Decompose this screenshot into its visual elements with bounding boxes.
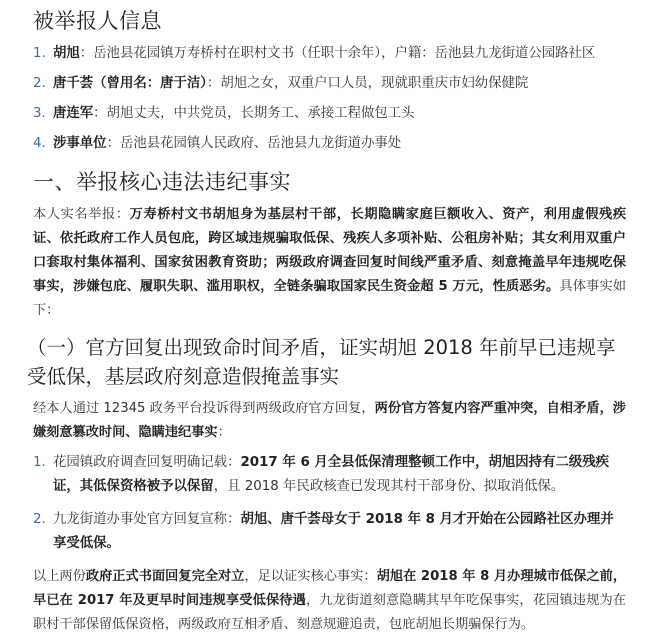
list-number: 2. (33, 74, 46, 93)
conclusion-mid: ，足以证实核心事实： (244, 569, 376, 584)
conclusion-bold-1: 政府正式书面回复完全对立 (86, 569, 245, 584)
list-number: 4. (33, 134, 46, 153)
list-number: 1. (33, 451, 46, 475)
list-item: 1. 胡旭：岳池县花园镇万寿桥村在职村文书（任职十余年），户籍：岳池县九龙街道公… (33, 44, 626, 63)
list-number: 2. (33, 508, 46, 532)
sub-intro-tail: ： (218, 425, 231, 440)
person-name: 涉事单位 (53, 136, 107, 151)
conclusion-paragraph: 以上两份政府正式书面回复完全对立，足以证实核心事实：胡旭在 2018 年 8 月… (33, 565, 626, 637)
core-facts-intro: 本人实名举报：万寿桥村文书胡旭身为基层村干部，长期隐瞒家庭巨额收入、资产，利用虚… (33, 203, 626, 323)
reported-person-list: 1. 胡旭：岳池县花园镇万寿桥村在职村文书（任职十余年），户籍：岳池县九龙街道公… (33, 44, 626, 153)
official-reply-list: 1. 花园镇政府调查回复明确记载：2017 年 6 月全县低保清理整顿工作中，胡… (33, 451, 626, 556)
reply-source: 九龙街道办事处官方回复宣称： (53, 512, 240, 527)
person-detail: ：胡旭丈夫，中共党员，长期务工、承接工程做包工头 (93, 106, 414, 121)
reply-tail: ，且 2018 年民政核查已发现其村干部身份、拟取消低保。 (214, 479, 565, 494)
section-title-reported-person: 被举报人信息 (33, 6, 626, 36)
person-detail: ：岳池县花园镇万寿桥村在职村文书（任职十余年），户籍：岳池县九龙街道公园路社区 (80, 46, 596, 61)
conclusion-lead: 以上两份 (33, 569, 86, 584)
list-item: 1. 花园镇政府调查回复明确记载：2017 年 6 月全县低保清理整顿工作中，胡… (33, 451, 626, 499)
person-name: 唐连军 (53, 106, 93, 121)
subsection-title: （一）官方回复出现致命时间矛盾，证实胡旭 2018 年前早已违规享受低保，基层政… (27, 333, 626, 391)
list-number: 3. (33, 104, 46, 123)
person-name: 胡旭 (53, 46, 80, 61)
sub-intro-lead: 经本人通过 12345 政务平台投诉得到两级政府官方回复， (33, 401, 375, 416)
list-item: 4. 涉事单位：岳池县花园镇人民政府、岳池县九龙街道办事处 (33, 134, 626, 153)
intro-lead: 本人实名举报： (33, 207, 130, 222)
section-title-core-facts: 一、举报核心违法违纪事实 (33, 167, 626, 197)
person-detail: ：岳池县花园镇人民政府、岳池县九龙街道办事处 (107, 136, 402, 151)
reply-source: 花园镇政府调查回复明确记载： (53, 455, 240, 470)
list-item: 2. 九龙街道办事处官方回复宣称：胡旭、唐千荟母女于 2018 年 8 月才开始… (33, 508, 626, 556)
list-item: 3. 唐连军：胡旭丈夫，中共党员，长期务工、承接工程做包工头 (33, 104, 626, 123)
list-item: 2. 唐千荟（曾用名：唐于洁）：胡旭之女，双重户口人员，现就职重庆市妇幼保健院 (33, 74, 626, 93)
document-page: 被举报人信息 1. 胡旭：岳池县花园镇万寿桥村在职村文书（任职十余年），户籍：岳… (0, 0, 646, 637)
person-detail: ：胡旭之女，双重户口人员，现就职重庆市妇幼保健院 (207, 76, 528, 91)
subsection-intro: 经本人通过 12345 政务平台投诉得到两级政府官方回复，两份官方答复内容严重冲… (33, 397, 626, 445)
list-number: 1. (33, 44, 46, 63)
person-name: 唐千荟（曾用名：唐于洁） (53, 76, 207, 91)
